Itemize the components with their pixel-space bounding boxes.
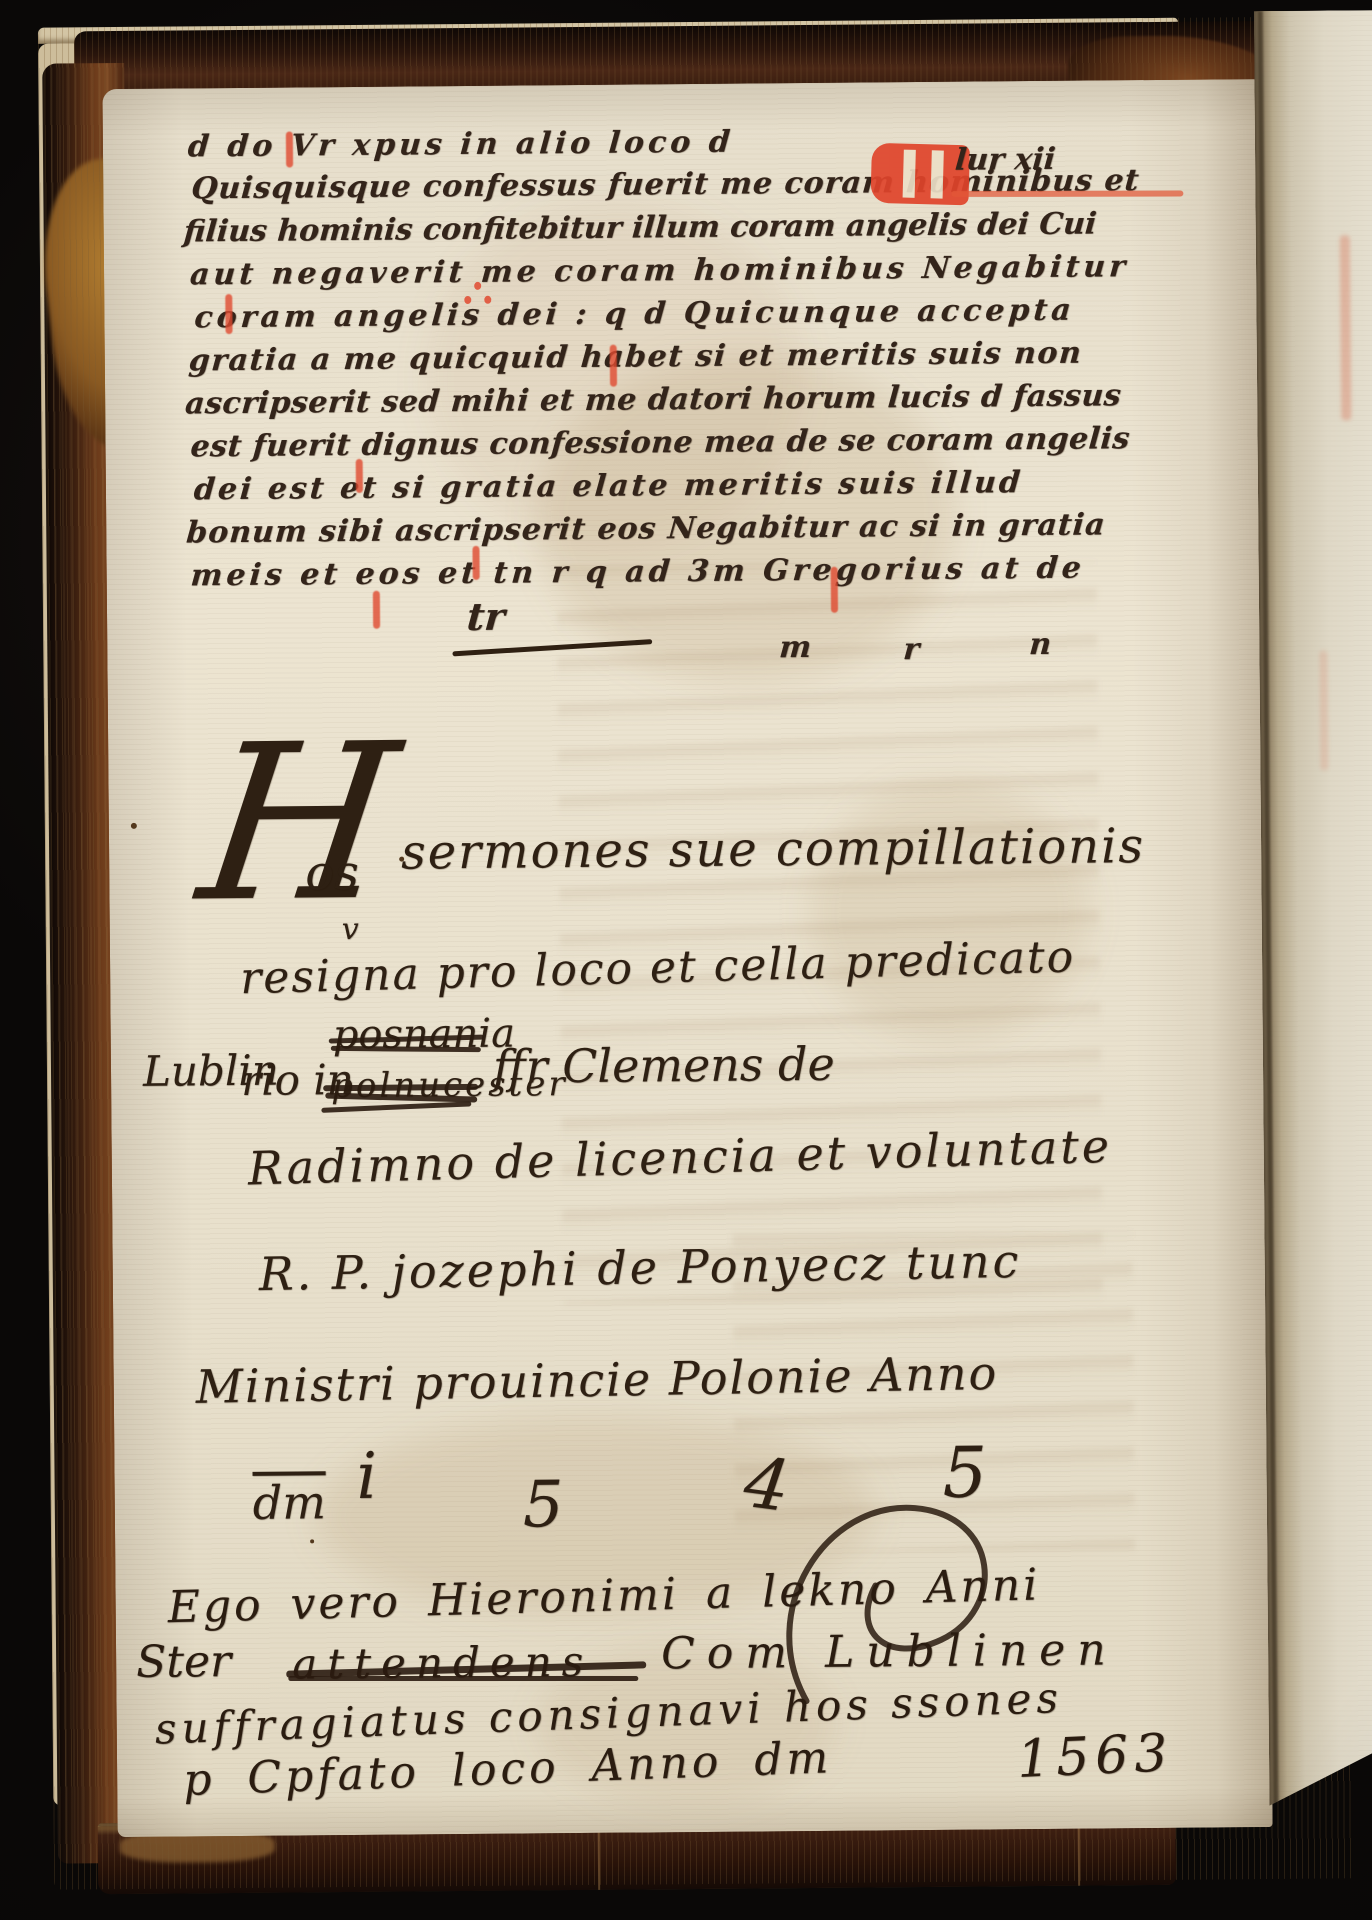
year-digit-1: i <box>356 1445 377 1509</box>
gothic-line: bonum sibi ascripserit eos Negabitur ac … <box>185 510 1107 548</box>
rubric-tick <box>831 567 838 613</box>
gothic-line: dei est et si gratia elate meritis suis … <box>193 468 1024 505</box>
gothic-line: coram angelis dei : q d Quicunque accept… <box>193 296 1076 334</box>
insertion-caret: v <box>342 915 359 945</box>
year-digit-2: 5 <box>523 1473 564 1537</box>
rubric-tick <box>610 345 617 387</box>
catchword-letter: r <box>902 635 920 665</box>
rubric-dot <box>484 296 491 304</box>
gothic-line: aut negaverit me coram hominibus Negabit… <box>189 252 1130 290</box>
red-smudge <box>1340 235 1352 420</box>
gothic-line: gratia a me quicquid habet si et meritis… <box>188 339 1084 377</box>
inscription-line5: R. P. jozephi de Ponyecz tunc <box>258 1238 1021 1297</box>
flourish-letters: tr <box>466 598 507 636</box>
inscription-line6: Ministri prouincie Polonie Anno <box>195 1350 998 1410</box>
book: d do Vr xpus in alio loco d Quisquisque … <box>38 16 1354 1889</box>
gothic-line: meis et eos et tn r q ad 3m Gregorius at… <box>190 554 1086 592</box>
catchword-letter: m <box>778 633 812 663</box>
colophon-year: 1563 <box>1016 1727 1174 1786</box>
inscription-line1-lead: os <box>305 849 359 897</box>
inscription-dm: dm <box>253 1479 326 1526</box>
facing-page <box>1254 10 1372 1811</box>
colophon-line2-pre: Ster <box>136 1640 231 1685</box>
rubric-tick <box>286 131 293 167</box>
colophon-line2-post: Com Lublinen <box>661 1628 1118 1676</box>
gothic-line: ascripserit sed mihi et me datori horum … <box>184 381 1122 419</box>
ink-speck <box>310 1539 314 1543</box>
inscription-line1: sermones sue compillationis <box>401 822 1145 876</box>
strikethrough <box>288 1676 638 1681</box>
inscription-line3-post: ffr Clemens de <box>493 1041 835 1090</box>
rubric-tick <box>356 459 363 493</box>
gothic-line: filius hominis confitebitur illum coram … <box>183 209 1098 247</box>
gothic-line: d do Vr xpus in alio loco d <box>187 128 735 163</box>
rubric-tick <box>225 294 232 334</box>
gothic-line: est fuerit dignus confessione mea de se … <box>189 424 1131 462</box>
initial-h: H <box>191 715 407 932</box>
manuscript-page: d do Vr xpus in alio loco d Quisquisque … <box>102 79 1272 1837</box>
red-smudge <box>1319 650 1328 770</box>
rubric-dot <box>464 296 471 304</box>
manuscript-photo: d do Vr xpus in alio loco d Quisquisque … <box>0 0 1372 1920</box>
rubric-tick <box>373 591 380 629</box>
catchword-letter: n <box>1028 630 1052 660</box>
rubric-underline <box>951 191 1183 197</box>
rubric-tick <box>472 546 479 580</box>
gothic-line-suffix: lur xii <box>954 145 1056 176</box>
rubric-dot <box>474 282 481 290</box>
ink-speck <box>131 823 137 829</box>
